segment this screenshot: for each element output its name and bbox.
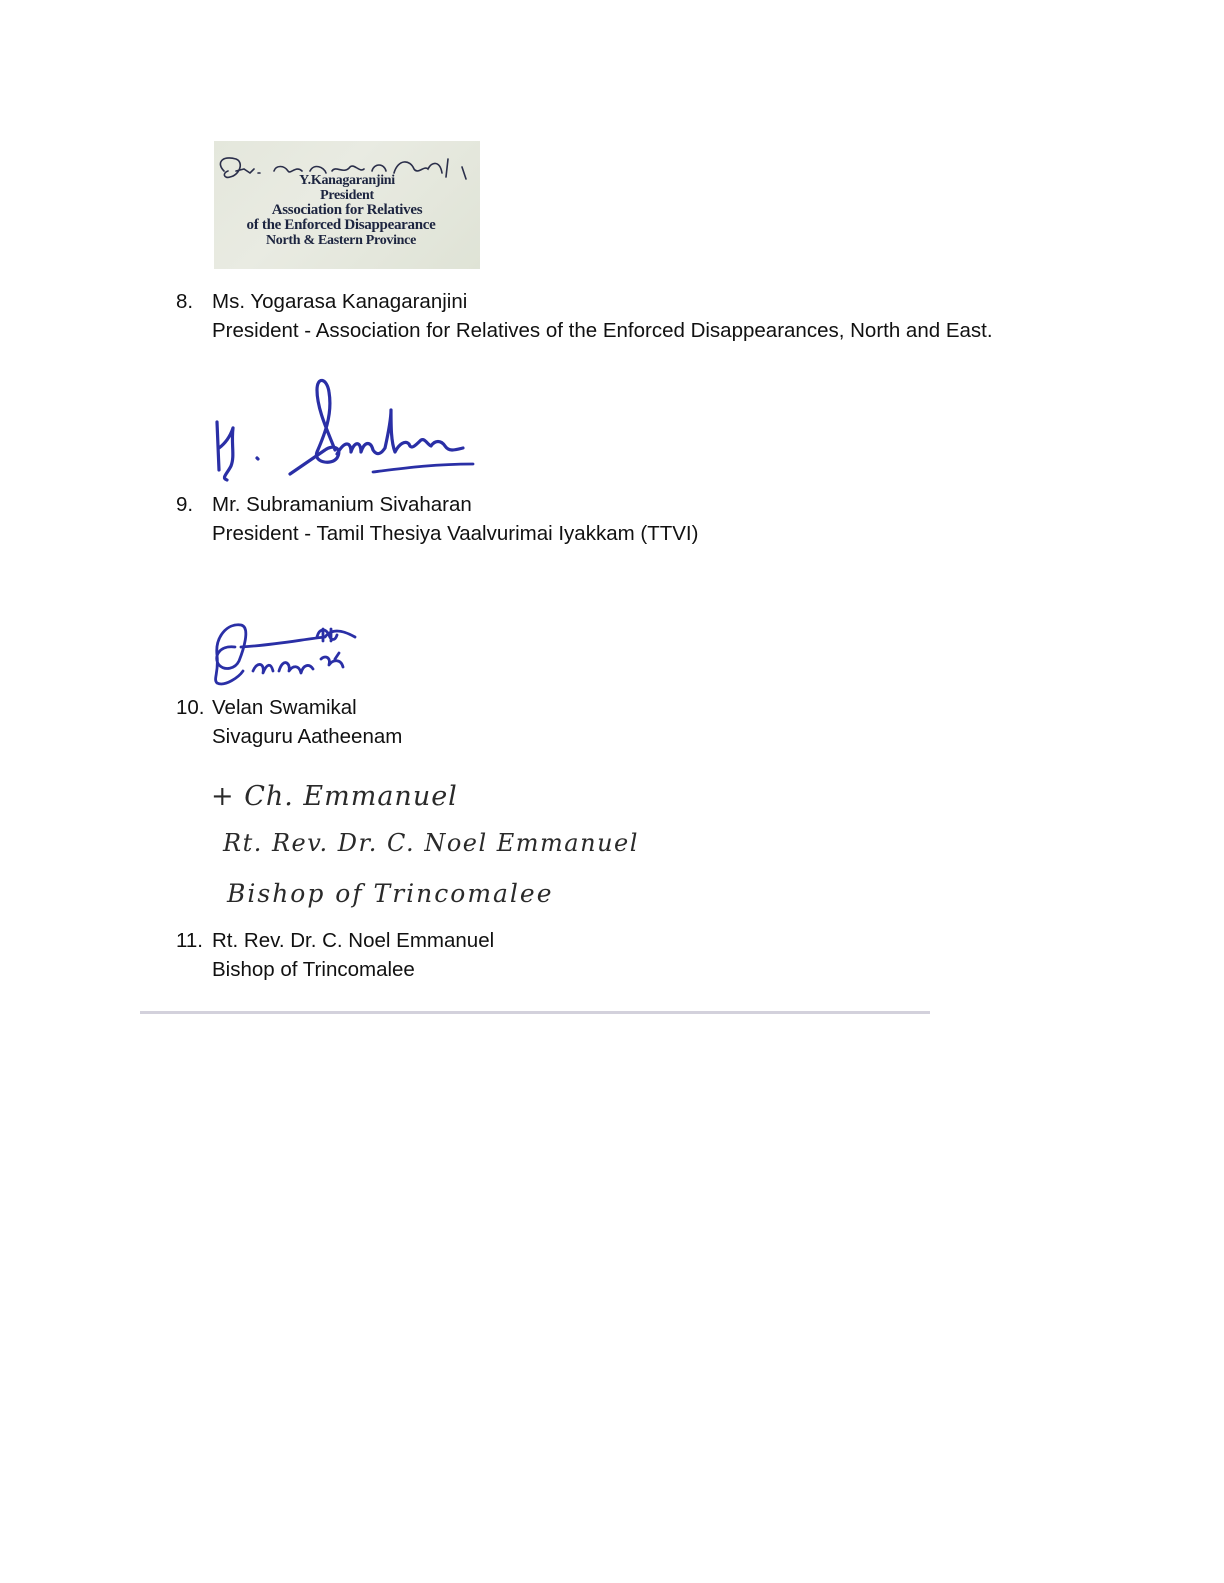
handwritten-signature: + Ch. Emmanuel [211,781,458,812]
signatory-title: President - Tamil Thesiya Vaalvurimai Iy… [212,519,698,548]
item-number: 8. [176,287,193,316]
handwritten-title: Bishop of Trincomalee [227,879,554,908]
signature-sivaharan [205,370,485,485]
stamp-line: North & Eastern Province [214,233,474,248]
item-number: 9. [176,490,193,519]
signatory-name: Velan Swamikal [212,693,357,722]
signatory-title: President - Association for Relatives of… [212,316,993,345]
signatory-name: Rt. Rev. Dr. C. Noel Emmanuel [212,926,494,955]
item-number: 10. [176,693,205,722]
item-number: 11. [176,926,203,955]
stamp-line: of the Enforced Disappearance [214,218,474,233]
horizontal-divider [140,1011,930,1014]
stamp-line: President [214,188,480,203]
signatory-title: Bishop of Trincomalee [212,955,415,984]
signature-stamp-kanagaranjini: Y.Kanagaranjini President Association fo… [214,141,480,269]
document-page: Y.Kanagaranjini President Association fo… [0,0,1224,1583]
signature-velan-swamikal [205,615,370,690]
handwritten-name: Rt. Rev. Dr. C. Noel Emmanuel [223,829,639,857]
signature-noel-emmanuel: + Ch. Emmanuel Rt. Rev. Dr. C. Noel Emma… [205,775,625,925]
stamp-line: Association for Relatives [214,203,480,218]
signatory-name: Ms. Yogarasa Kanagaranjini [212,287,467,316]
signatory-title: Sivaguru Aatheenam [212,722,402,751]
signatory-name: Mr. Subramanium Sivaharan [212,490,472,519]
stamp-line: Y.Kanagaranjini [214,173,480,188]
stamp-text: Y.Kanagaranjini President Association fo… [214,173,480,248]
